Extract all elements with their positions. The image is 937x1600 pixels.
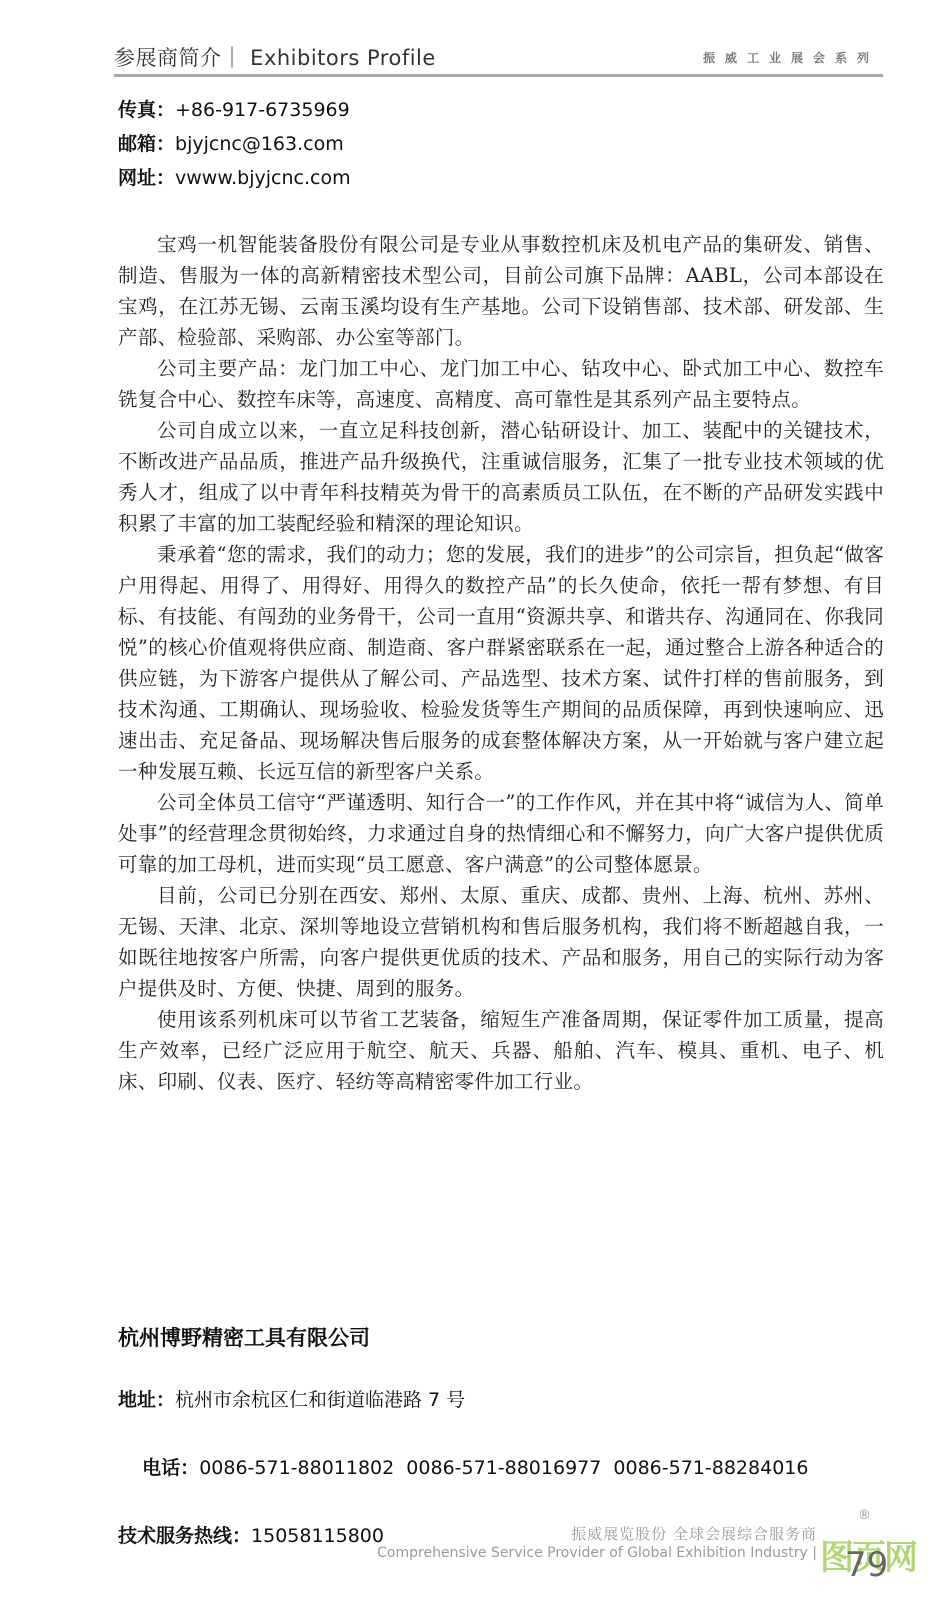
section-title: 参展商简介｜ Exhibitors Profile bbox=[114, 42, 436, 72]
fax-line: 传真：+86-917-6735969 bbox=[118, 93, 351, 127]
paragraph: 使用该系列机床可以节省工艺装备，缩短生产准备周期，保证零件加工质量，提高生产效率… bbox=[118, 1004, 884, 1097]
paragraph: 秉承着“您的需求，我们的动力；您的发展，我们的进步”的公司宗旨，担负起“做客户用… bbox=[118, 539, 884, 787]
hotline-label: 技术服务热线： bbox=[118, 1525, 251, 1547]
fax-label: 传真： bbox=[118, 99, 175, 121]
company1-contacts: 传真：+86-917-6735969 邮箱：bjyjcnc@163.com 网址… bbox=[118, 93, 351, 195]
website-line: 网址：vwww.bjyjcnc.com bbox=[118, 161, 351, 195]
footer-slogan-cn: 振威展览股份 全球会展综合服务商 bbox=[377, 1524, 817, 1544]
email-line: 邮箱：bjyjcnc@163.com bbox=[118, 127, 351, 161]
email-value: bjyjcnc@163.com bbox=[175, 133, 344, 155]
hotline-value: 15058115800 bbox=[251, 1525, 384, 1547]
paragraph: 公司全体员工信守“严谨透明、知行合一”的工作作风，并在其中将“诚信为人、简单处事… bbox=[118, 787, 884, 880]
paragraph: 公司主要产品：龙门加工中心、龙门加工中心、钻攻中心、卧式加工中心、数控车铣复合中… bbox=[118, 353, 884, 415]
page-header: 参展商简介｜ Exhibitors Profile 振威工业展会系列 bbox=[114, 40, 883, 77]
address-line: 地址：杭州市余杭区仁和街道临港路 7 号 bbox=[118, 1383, 808, 1417]
company1-description: 宝鸡一机智能装备股份有限公司是专业从事数控机床及机电产品的集研发、销售、制造、售… bbox=[118, 229, 884, 1097]
page-number: 79 bbox=[845, 1545, 888, 1585]
email-label: 邮箱： bbox=[118, 133, 175, 155]
company2-name: 杭州博野精密工具有限公司 bbox=[118, 1322, 370, 1352]
page-footer: 振威展览股份 全球会展综合服务商 Comprehensive Service P… bbox=[377, 1524, 817, 1562]
phone-line: 电话：0086-571-88011802 0086-571-88016977 0… bbox=[118, 1417, 808, 1519]
series-label: 振威工业展会系列 bbox=[703, 49, 879, 66]
paragraph: 目前，公司已分别在西安、郑州、太原、重庆、成都、贵州、上海、杭州、苏州、无锡、天… bbox=[118, 880, 884, 1004]
paragraph: 宝鸡一机智能装备股份有限公司是专业从事数控机床及机电产品的集研发、销售、制造、售… bbox=[118, 229, 884, 353]
fax-value: +86-917-6735969 bbox=[175, 99, 350, 121]
address-value: 杭州市余杭区仁和街道临港路 7 号 bbox=[175, 1389, 465, 1411]
registered-icon: ® bbox=[858, 1508, 871, 1523]
paragraph: 公司自成立以来，一直立足科技创新，潜心钻研设计、加工、装配中的关键技术，不断改进… bbox=[118, 415, 884, 539]
address-label: 地址： bbox=[118, 1389, 175, 1411]
phone-value: 0086-571-88011802 0086-571-88016977 0086… bbox=[199, 1457, 808, 1479]
website-value: vwww.bjyjcnc.com bbox=[175, 167, 351, 189]
footer-slogan-en: Comprehensive Service Provider of Global… bbox=[377, 1544, 817, 1562]
phone-label: 电话： bbox=[142, 1457, 199, 1479]
website-label: 网址： bbox=[118, 167, 175, 189]
